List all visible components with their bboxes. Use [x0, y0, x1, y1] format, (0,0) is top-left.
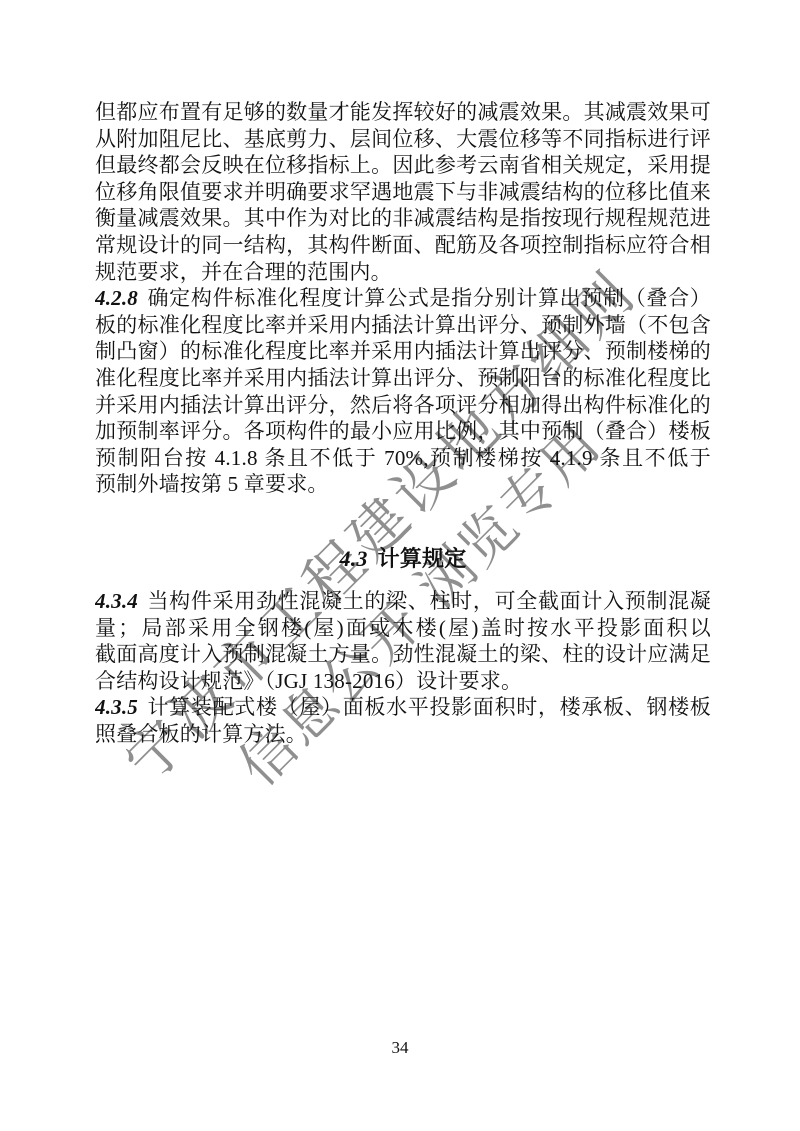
text-line: 位移角限值要求并明确要求罕遇地震下与非减震结构的位移比值来 [95, 179, 711, 206]
clause-number: 4.2.8 [95, 286, 138, 310]
text-line: 从附加阻尼比、基底剪力、层间位移、大震位移等不同指标进行评判， [95, 126, 711, 153]
clause-number: 4.3.5 [95, 695, 138, 719]
text-line: 4.3.4当构件采用劲性混凝土的梁、柱时，可全截面计入预制混凝土方 [95, 588, 711, 615]
text-line: 预制外墙按第 5 章要求。 [95, 471, 711, 498]
text-line: 4.3.5计算装配式楼（屋）面板水平投影面积时，楼承板、钢楼板可参 [95, 694, 711, 721]
document-body: 但都应布置有足够的数量才能发挥较好的减震效果。其减震效果可以 从附加阻尼比、基底… [95, 99, 711, 747]
text-line: 合结构设计规范》（JGJ 138-2016）设计要求。 [95, 668, 711, 695]
text-line: 预制阳台按 4.1.8 条且不低于 70%,预制楼梯按 4.1.9 条且不低于 … [95, 445, 711, 472]
section-title: 计算规定 [378, 546, 467, 571]
clause-4-2-8: 4.2.8确定构件标准化程度计算公式是指分别计算出预制（叠合）楼 板的标准化程度… [95, 285, 711, 498]
text-line: 衡量减震效果。其中作为对比的非减震结构是指按现行规程规范进行 [95, 205, 711, 232]
text-line: 但最终都会反映在位移指标上。因此参考云南省相关规定，采用提高 [95, 152, 711, 179]
clause-text: 计算装配式楼（屋）面板水平投影面积时，楼承板、钢楼板可参 [95, 695, 711, 721]
clause-text: 当构件采用劲性混凝土的梁、柱时，可全截面计入预制混凝土方 [95, 589, 711, 615]
text-line: 规范要求，并在合理的范围内。 [95, 259, 711, 286]
text-line: 但都应布置有足够的数量才能发挥较好的减震效果。其减震效果可以 [95, 99, 711, 126]
text-line: 加预制率评分。各项构件的最小应用比例，其中预制（叠合）楼板和 [95, 418, 711, 445]
section-number: 4.3 [340, 546, 368, 571]
text-line: 常规设计的同一结构，其构件断面、配筋及各项控制指标应符合相关 [95, 232, 711, 259]
clause-number: 4.3.4 [95, 589, 138, 613]
text-line: 板的标准化程度比率并采用内插法计算出评分、预制外墙（不包含预 [95, 312, 711, 339]
text-line: 准化程度比率并采用内插法计算出评分、预制阳台的标准化程度比率 [95, 365, 711, 392]
text-line: 照叠合板的计算方法。 [95, 721, 711, 748]
text-line: 量；局部采用全钢楼(屋)面或木楼(屋)盖时按水平投影面积以 140mm [95, 615, 711, 642]
section-heading-4-3: 4.3计算规定 [95, 544, 711, 574]
page-number: 34 [0, 1038, 800, 1058]
clause-4-3-5: 4.3.5计算装配式楼（屋）面板水平投影面积时，楼承板、钢楼板可参 照叠合板的计… [95, 694, 711, 747]
text-line: 4.2.8确定构件标准化程度计算公式是指分别计算出预制（叠合）楼 [95, 285, 711, 312]
paragraph-intro: 但都应布置有足够的数量才能发挥较好的减震效果。其减震效果可以 从附加阻尼比、基底… [95, 99, 711, 285]
clause-4-3-4: 4.3.4当构件采用劲性混凝土的梁、柱时，可全截面计入预制混凝土方 量；局部采用… [95, 588, 711, 694]
text-line: 制凸窗）的标准化程度比率并采用内插法计算出评分、预制楼梯的标 [95, 338, 711, 365]
text-line: 并采用内插法计算出评分，然后将各项评分相加得出构件标准化的附 [95, 392, 711, 419]
clause-text: 确定构件标准化程度计算公式是指分别计算出预制（叠合）楼 [95, 286, 711, 312]
text-line: 截面高度计入预制混凝土方量。劲性混凝土的梁、柱的设计应满足《组 [95, 641, 711, 668]
document-page: 宁波市工程建设地方细则 信息公开 浏览专用 但都应布置有足够的数量才能发挥较好的… [0, 0, 800, 1131]
